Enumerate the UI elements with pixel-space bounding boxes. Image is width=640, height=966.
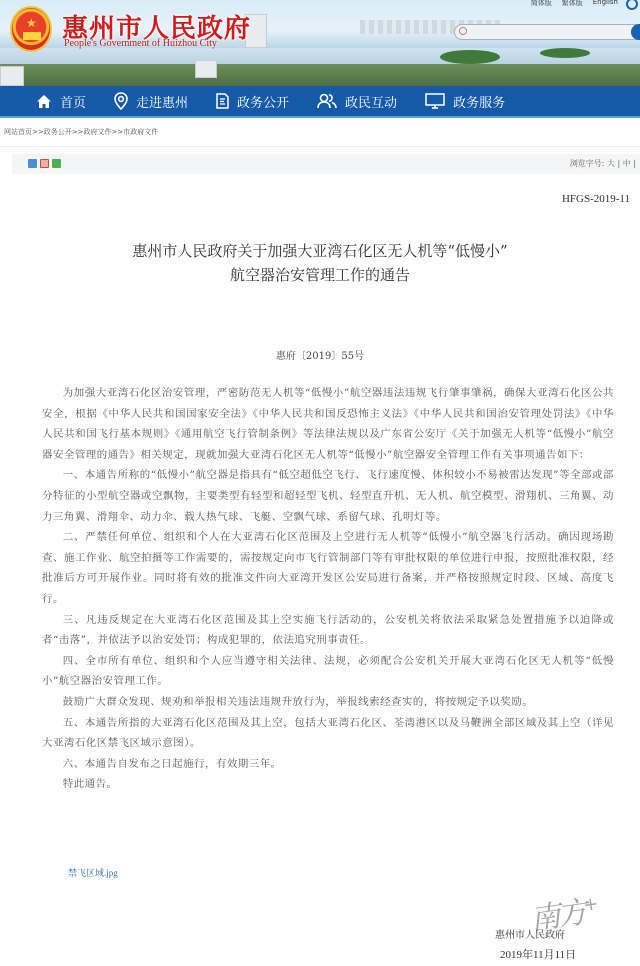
nav-label: 政务公开 [237, 92, 289, 111]
building-image [0, 66, 24, 86]
paragraph: 为加强大亚湾石化区治安管理，严密防范无人机等“低慢小”航空器违法违规飞行肇事肇祸… [42, 383, 614, 465]
people-icon [317, 93, 337, 109]
nav-label: 政民互动 [345, 92, 397, 111]
nav-label: 走进惠州 [136, 92, 188, 111]
paragraph: 鼓励广大群众发现、规劝和举报相关违法违规升放行为，举报线索经查实的，将按规定予以… [42, 692, 614, 713]
header-banner: ★ 惠州市人民政府 People's Government of Huizhou… [0, 0, 640, 86]
nav-about-huizhou[interactable]: 走进惠州 [114, 92, 188, 111]
paragraph: 六、本通告自发布之日起施行，有效期三年。 [42, 754, 614, 775]
link-traditional[interactable]: 繁体版 [562, 0, 583, 8]
font-size-label: 浏览字号: [570, 159, 605, 168]
signature-date: 2019年11月11日 [500, 946, 576, 962]
title-line-1: 惠州市人民政府关于加强大亚湾石化区无人机等“低慢小” [0, 239, 640, 263]
nav-label: 政务服务 [453, 92, 505, 111]
breadcrumb[interactable]: 网站首页>>政务公开>>政府文件>>市政府文件 [4, 127, 158, 137]
wechat-icon[interactable] [52, 159, 61, 168]
star-icon: ★ [26, 16, 37, 30]
watermark-plus: + [582, 894, 597, 916]
nav-home[interactable]: 首页 [36, 92, 86, 111]
accessibility-icon[interactable] [626, 0, 638, 10]
document-body: 为加强大亚湾石化区治安管理，严密防范无人机等“低慢小”航空器违法违规飞行肇事肇祸… [42, 383, 614, 795]
search-button[interactable] [631, 24, 640, 40]
island-image [540, 48, 590, 58]
paragraph: 五、本通告所指的大亚湾石化区范围及其上空，包括大亚湾石化区、荃湾港区以及马鞭洲全… [42, 713, 614, 754]
document-reference: 惠府〔2019〕55号 [0, 347, 640, 362]
separator: | [618, 159, 621, 168]
font-size-medium[interactable]: 中 [623, 159, 631, 168]
attachment-link[interactable]: 禁飞区域.jpg [68, 866, 118, 879]
paragraph: 三、凡违反规定在大亚湾石化区范围及其上空实施飞行活动的，公安机关将依法采取紧急处… [42, 610, 614, 651]
paragraph: 一、本通告所称的“低慢小”航空器是指具有“低空超低空飞行、飞行速度慢、体积较小不… [42, 465, 614, 527]
divider [0, 146, 640, 147]
font-size-control: 浏览字号: 大 | 中 | [570, 158, 636, 169]
nav-interaction[interactable]: 政民互动 [317, 92, 397, 111]
gate-icon [23, 32, 41, 40]
shore-image [0, 64, 640, 86]
link-english[interactable]: English [593, 0, 618, 8]
site-subtitle: People's Government of Huizhou City [64, 38, 217, 49]
share-plus-icon[interactable] [28, 159, 37, 168]
document-number: HFGS-2019-11 [562, 193, 630, 205]
article-toolbar: 浏览字号: 大 | 中 | [12, 154, 640, 174]
document-icon [216, 93, 229, 109]
paragraph: 四、全市所有单位、组织和个人应当遵守相关法律、法规，必须配合公安机关开展大亚湾石… [42, 651, 614, 692]
main-nav: 首页 走进惠州 政务公开 政民互动 政务服务 [0, 86, 640, 118]
signature-organization: 惠州市人民政府 [495, 926, 565, 941]
nav-label: 首页 [60, 92, 86, 111]
font-size-large[interactable]: 大 [607, 159, 615, 168]
location-pin-icon [114, 92, 128, 110]
nav-gov-affairs[interactable]: 政务公开 [216, 92, 289, 111]
document-title: 惠州市人民政府关于加强大亚湾石化区无人机等“低慢小” 航空器治安管理工作的通告 [0, 239, 640, 287]
nav-gov-services[interactable]: 政务服务 [425, 92, 505, 111]
search-icon [459, 27, 467, 35]
separator: | [633, 159, 636, 168]
language-links: 简体版 繁体版 English [531, 0, 618, 8]
island-image [440, 50, 500, 64]
home-icon [36, 94, 52, 109]
title-line-2: 航空器治安管理工作的通告 [0, 263, 640, 287]
paragraph: 二、严禁任何单位、组织和个人在大亚湾石化区范围及上空进行无人机等“低慢小”航空器… [42, 527, 614, 609]
building-image [195, 60, 217, 78]
weibo-icon[interactable] [40, 159, 49, 168]
search-input[interactable] [454, 24, 640, 40]
national-emblem-logo[interactable]: ★ [10, 6, 52, 52]
share-buttons [28, 159, 61, 168]
paragraph: 特此通告。 [42, 774, 614, 795]
link-simplified[interactable]: 简体版 [531, 0, 552, 8]
monitor-icon [425, 93, 445, 109]
